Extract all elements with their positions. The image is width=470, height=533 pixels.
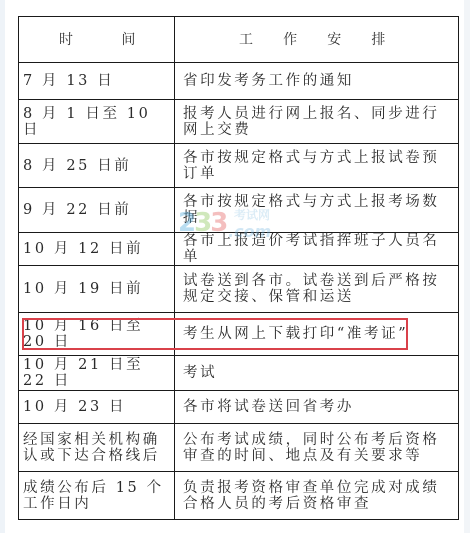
work-cell: 各市将试卷送回省考办 [175, 391, 459, 424]
header-time: 时 间 [19, 17, 175, 63]
date-cell: 10 月 21 日至 22 日 [19, 356, 175, 391]
header-time-char: 时 [59, 32, 76, 48]
work-cell: 报考人员进行网上报名、同步进行网上交费 [175, 100, 459, 144]
table-row: 7 月 13 日 省印发考务工作的通知 [19, 63, 459, 100]
table-row: 10 月 19 日前 试卷送到各市。试卷送到后严格按规定交接、保管和运送 [19, 266, 459, 313]
date-cell: 8 月 1 日至 10 日 [19, 100, 175, 144]
header-work-char: 安 [327, 32, 344, 48]
table-row: 10 月 23 日 各市将试卷送回省考办 [19, 391, 459, 424]
date-cell: 8 月 25 日前 [19, 144, 175, 188]
date-cell: 经国家相关机构确认或下达合格线后 [19, 424, 175, 472]
date-cell: 成绩公布后 15 个工作日内 [19, 472, 175, 520]
exam-schedule-table: 时 间 工 作 安 排 7 月 13 日 省印发考务工作的通知 8 月 1 日至… [18, 16, 459, 520]
work-cell: 各市上报造价考试指挥班子人员名单 [175, 233, 459, 266]
table-row: 成绩公布后 15 个工作日内 负责报考资格审查单位完成对成绩合格人员的考后资格审… [19, 472, 459, 520]
table-row: 10 月 21 日至 22 日 考试 [19, 356, 459, 391]
table-row: 经国家相关机构确认或下达合格线后 公布考试成绩，同时公布考后资格审查的时间、地点… [19, 424, 459, 472]
work-cell: 负责报考资格审查单位完成对成绩合格人员的考后资格审查 [175, 472, 459, 520]
right-margin-strip [464, 0, 470, 533]
table-row-highlighted: 10 月 16 日至 20 日 考生从网上下载打印“准考证” [19, 313, 459, 356]
header-work-arrangement: 工 作 安 排 [175, 17, 459, 63]
work-cell: 公布考试成绩，同时公布考后资格审查的时间、地点及有关要求等 [175, 424, 459, 472]
date-cell: 7 月 13 日 [19, 63, 175, 100]
work-cell: 各市按规定格式与方式上报考场数据 [175, 188, 459, 233]
date-cell: 10 月 12 日前 [19, 233, 175, 266]
header-work-char: 作 [283, 32, 300, 48]
header-work-char: 工 [239, 32, 256, 48]
work-cell: 考生从网上下载打印“准考证” [175, 313, 459, 356]
header-time-char: 间 [121, 32, 138, 48]
table-header-row: 时 间 工 作 安 排 [19, 17, 459, 63]
work-cell: 考试 [175, 356, 459, 391]
table-row: 9 月 22 日前 各市按规定格式与方式上报考场数据 [19, 188, 459, 233]
table-row: 8 月 25 日前 各市按规定格式与方式上报试卷预订单 [19, 144, 459, 188]
date-cell: 10 月 23 日 [19, 391, 175, 424]
header-work-char: 排 [371, 32, 388, 48]
date-cell: 9 月 22 日前 [19, 188, 175, 233]
work-cell: 省印发考务工作的通知 [175, 63, 459, 100]
table-row: 8 月 1 日至 10 日 报考人员进行网上报名、同步进行网上交费 [19, 100, 459, 144]
table-row: 10 月 12 日前 各市上报造价考试指挥班子人员名单 [19, 233, 459, 266]
work-cell: 试卷送到各市。试卷送到后严格按规定交接、保管和运送 [175, 266, 459, 313]
date-cell: 10 月 16 日至 20 日 [19, 313, 175, 356]
work-cell: 各市按规定格式与方式上报试卷预订单 [175, 144, 459, 188]
date-cell: 10 月 19 日前 [19, 266, 175, 313]
left-margin-strip [0, 0, 5, 533]
